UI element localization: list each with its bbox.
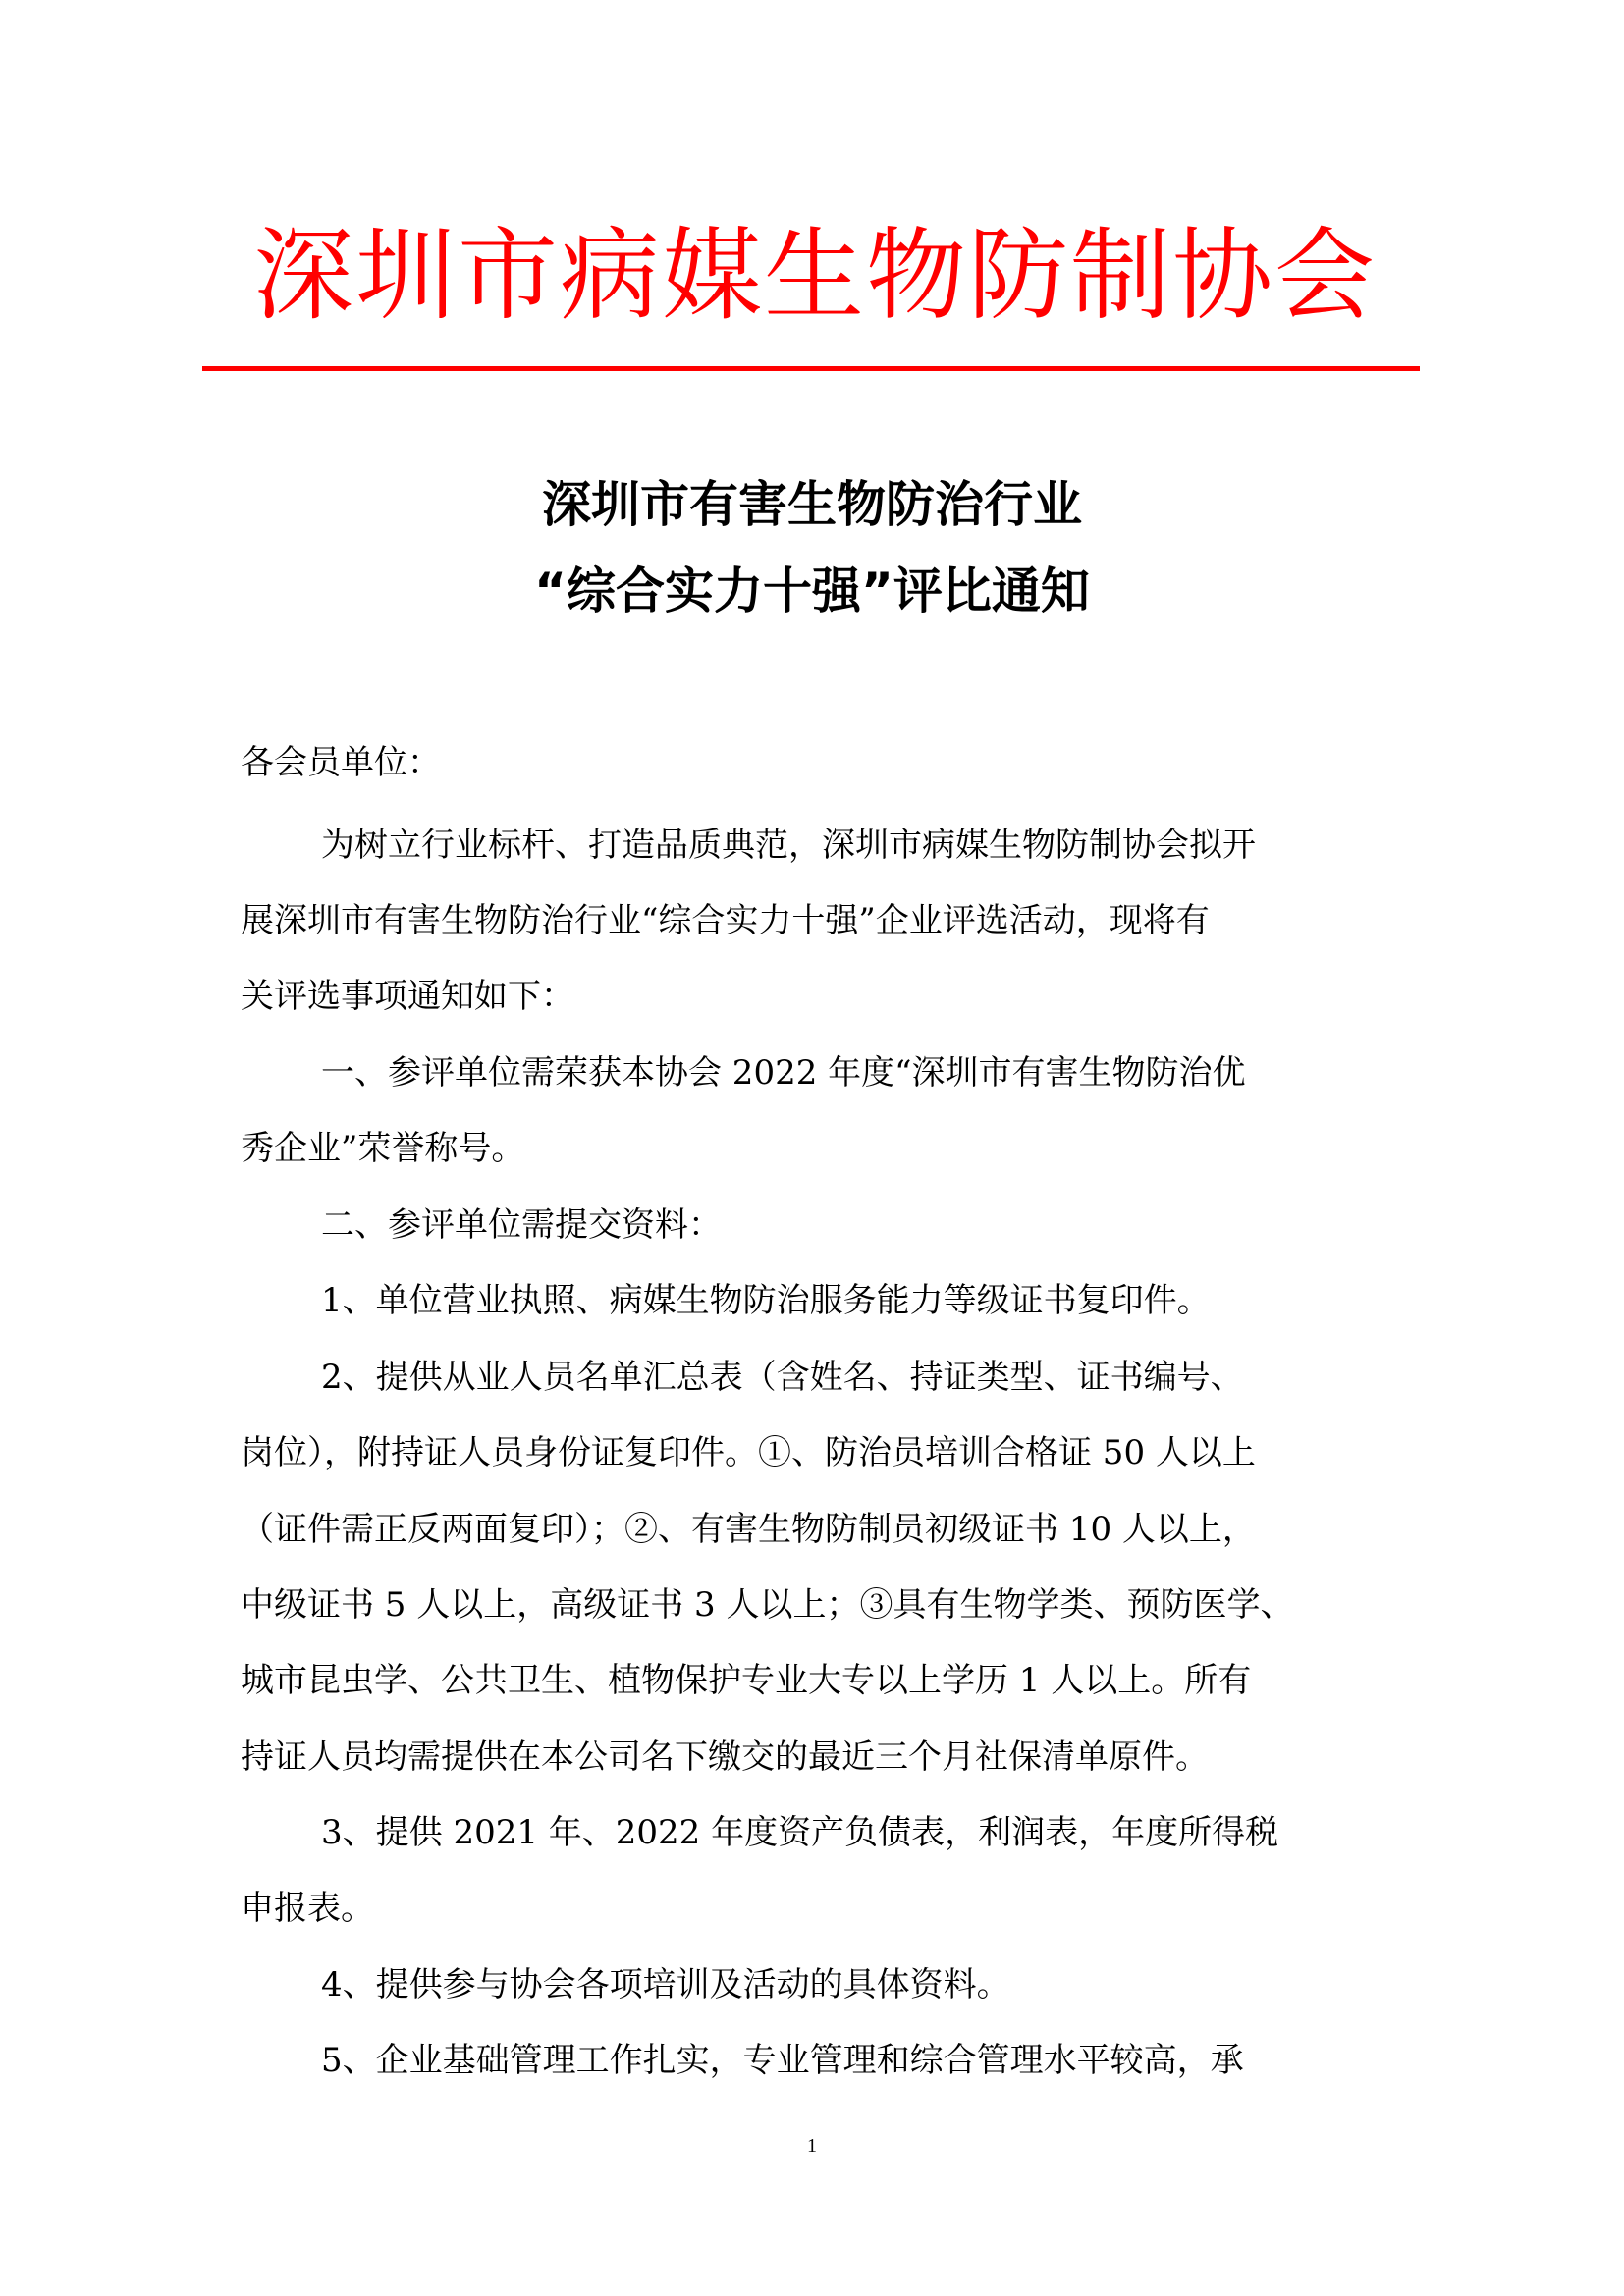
paragraph-line: 一、参评单位需荣获本协会 2022 年度“深圳市有害生物防治优 (321, 1051, 1480, 1095)
paragraph-line: 关评选事项通知如下： (241, 975, 1399, 1018)
salutation: 各会员单位： (241, 741, 1399, 784)
paragraph-line: 申报表。 (241, 1887, 1399, 1930)
list-item: 3、提供 2021 年、2022 年度资产负债表，利润表，年度所得税 (321, 1811, 1480, 1854)
notice-title-line-1: 深圳市有害生物防治行业 (0, 475, 1624, 534)
paragraph-line: 岗位），附持证人员身份证复印件。①、防治员培训合格证 50 人以上 (241, 1431, 1399, 1474)
section-heading: 二、参评单位需提交资料： (321, 1203, 1480, 1247)
paragraph-line: 展深圳市有害生物防治行业“综合实力十强”企业评选活动，现将有 (241, 899, 1399, 942)
paragraph-line: （证件需正反两面复印）；②、有害生物防制员初级证书 10 人以上， (241, 1508, 1399, 1551)
letterhead-org-name: 深圳市病媒生物防制协会 (196, 218, 1434, 336)
paragraph-line: 城市昆虫学、公共卫生、植物保护专业大专以上学历 1 人以上。所有 (241, 1659, 1399, 1702)
paragraph-line: 中级证书 5 人以上，高级证书 3 人以上；③具有生物学类、预防医学、 (241, 1583, 1399, 1627)
letterhead-red-divider (202, 366, 1420, 371)
list-item: 1、单位营业执照、病媒生物防治服务能力等级证书复印件。 (321, 1279, 1480, 1322)
paragraph-line: 为树立行业标杆、打造品质典范，深圳市病媒生物防制协会拟开 (321, 824, 1480, 867)
notice-title-line-2: “综合实力十强”评比通知 (0, 561, 1624, 620)
list-item: 2、提供从业人员名单汇总表（含姓名、持证类型、证书编号、 (321, 1356, 1480, 1399)
paragraph-line: 秀企业”荣誉称号。 (241, 1127, 1399, 1170)
list-item: 5、企业基础管理工作扎实，专业管理和综合管理水平较高，承 (321, 2039, 1480, 2082)
document-page: 深圳市病媒生物防制协会 深圳市有害生物防治行业 “综合实力十强”评比通知 各会员… (0, 0, 1624, 2296)
list-item: 4、提供参与协会各项培训及活动的具体资料。 (321, 1963, 1480, 2006)
page-number: 1 (0, 2134, 1624, 2158)
paragraph-line: 持证人员均需提供在本公司名下缴交的最近三个月社保清单原件。 (241, 1735, 1399, 1779)
